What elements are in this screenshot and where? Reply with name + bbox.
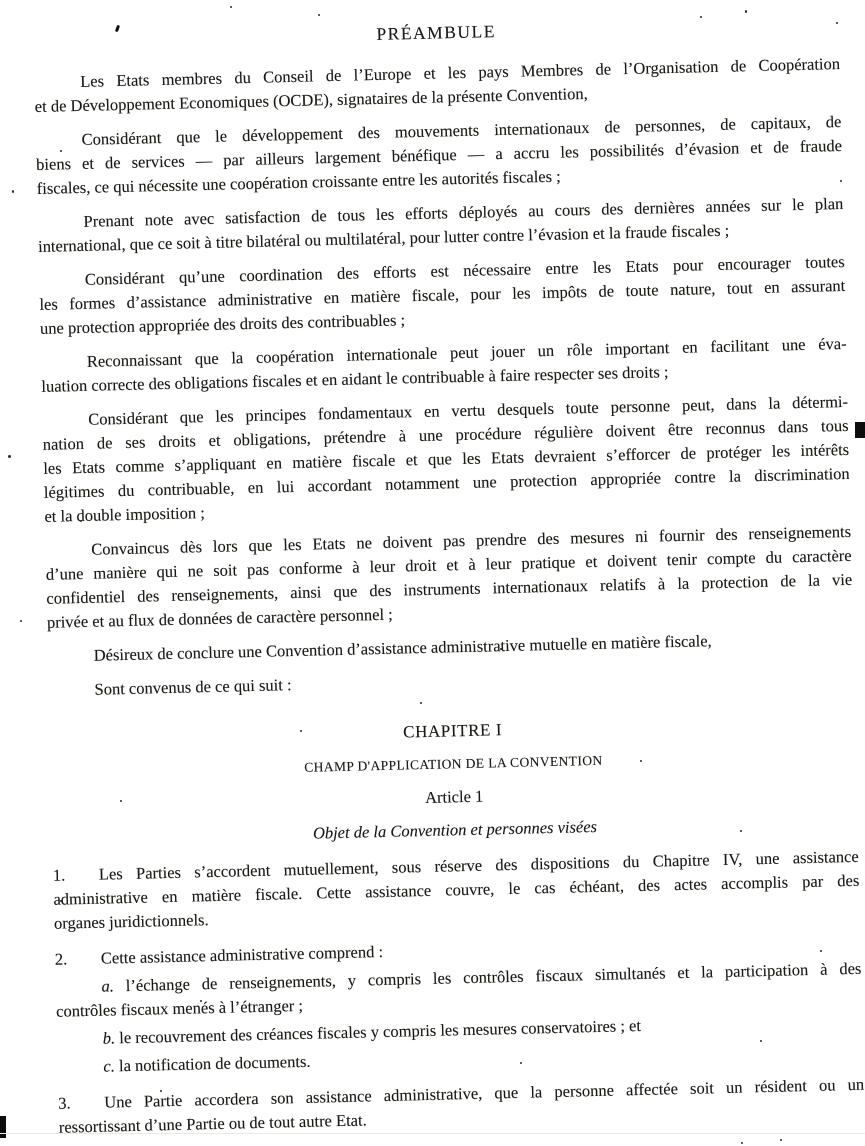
item-number: 1. <box>53 863 100 888</box>
scan-speckle <box>60 150 62 152</box>
scanned-document: { "page": { "title": "PRÉAMBULE", "block… <box>0 0 865 1146</box>
scan-speckle <box>740 830 742 832</box>
scan-speckle <box>760 1040 762 1042</box>
paragraph: Prenant note avec satisfaction de tous l… <box>37 192 844 259</box>
paragraph: Les Etats membres du Conseil de l’Europe… <box>34 52 841 119</box>
scan-speckle <box>836 22 838 24</box>
preamble-title: PRÉAMBULE <box>33 11 839 55</box>
scan-speckle <box>20 620 22 622</box>
scan-speckle <box>640 760 642 762</box>
scan-speckle <box>60 900 62 902</box>
scan-bottom-line <box>0 1133 865 1134</box>
scan-speckle <box>80 520 82 522</box>
item-letter: a. <box>101 976 114 995</box>
scan-speckle <box>230 6 232 8</box>
document-page: PRÉAMBULE Les Etats membres du Conseil d… <box>33 11 865 1140</box>
scan-speckle <box>745 10 747 13</box>
chapter-heading: CHAPITRE I <box>49 710 855 753</box>
numbered-paragraph: 3.Une Partie accordera son assistance ad… <box>58 1073 865 1140</box>
scan-speckle <box>820 950 822 952</box>
scan-speckle <box>520 1062 522 1064</box>
item-letter: b. <box>103 1028 116 1047</box>
scan-speckle <box>8 455 11 458</box>
scan-speckle <box>700 16 702 18</box>
item-letter: c. <box>103 1056 115 1075</box>
item-number: 3. <box>58 1091 105 1116</box>
scan-edge-mark <box>855 422 865 438</box>
scan-speckle <box>420 702 422 704</box>
paragraph: Considérant qu’une coordination des effo… <box>39 250 846 341</box>
paragraph: Convaincus dès lors que les Etats ne doi… <box>45 520 853 635</box>
scan-speckle <box>300 730 302 732</box>
item-number: 2. <box>55 947 102 972</box>
scan-speckle <box>840 180 842 182</box>
scan-speckle <box>318 14 320 16</box>
scan-speckle <box>780 1139 782 1141</box>
paragraph: Reconnaissant que la coopération interna… <box>41 332 848 399</box>
scan-speckle <box>500 648 502 650</box>
paragraph: Sont convenus de ce qui suit : <box>48 660 854 703</box>
paragraph: Considérant que le développement des mou… <box>35 110 842 201</box>
paragraph: Considérant que les principes fondamenta… <box>42 390 851 529</box>
scan-speckle <box>741 1142 743 1144</box>
scan-speckle <box>160 1090 162 1092</box>
numbered-paragraph: 1.Les Parties s’accordent mutuellement, … <box>53 845 860 936</box>
scan-speckle <box>120 800 122 802</box>
paragraph-line: Sont convenus de ce qui suit : <box>48 660 854 703</box>
scan-edge-mark <box>0 1116 6 1138</box>
document-body: Les Etats membres du Conseil de l’Europe… <box>34 52 865 1140</box>
scan-speckle <box>200 1000 202 1002</box>
scan-speckle <box>12 190 14 193</box>
